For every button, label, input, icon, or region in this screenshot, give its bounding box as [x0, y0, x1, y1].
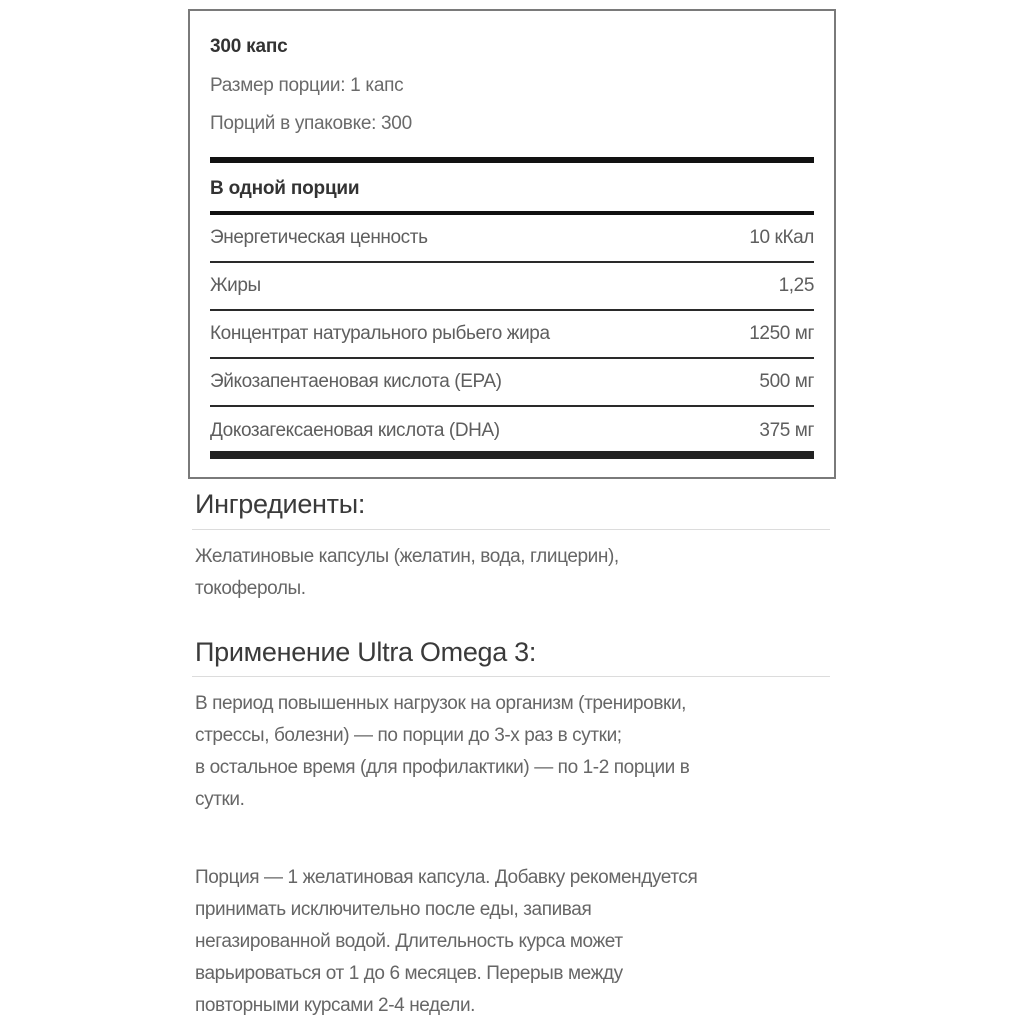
- usage-heading: Применение Ultra Omega 3:: [195, 637, 536, 668]
- section-divider: [192, 529, 830, 530]
- nutrient-name: Докозагексаеновая кислота (DHA): [210, 420, 500, 442]
- supplement-facts-panel: 300 капс Размер порции: 1 капс Порций в …: [188, 9, 836, 479]
- nutrient-value: 1,25: [779, 275, 814, 297]
- servings-per-pack: Порций в упаковке: 300: [210, 113, 412, 135]
- nutrient-name: Концентрат натурального рыбьего жира: [210, 323, 550, 345]
- text-line: сутки.: [195, 784, 815, 816]
- text-line: В период повышенных нагрузок на организм…: [195, 688, 815, 720]
- per-serving-heading: В одной порции: [210, 178, 359, 200]
- nutrient-row: Эйкозапентаеновая кислота (EPA) 500 мг: [210, 359, 814, 407]
- nutrient-value: 375 мг: [759, 420, 814, 442]
- nutrient-value: 10 кКал: [749, 227, 814, 249]
- nutrient-name: Жиры: [210, 275, 261, 297]
- text-line: Порция — 1 желатиновая капсула. Добавку …: [195, 862, 815, 894]
- ingredients-text: Желатиновые капсулы (желатин, вода, глиц…: [195, 541, 815, 605]
- text-line: принимать исключительно после еды, запив…: [195, 894, 815, 926]
- ingredients-heading: Ингредиенты:: [195, 489, 365, 520]
- divider: [210, 157, 814, 163]
- package-size-title: 300 капс: [210, 36, 288, 58]
- section-divider: [192, 676, 830, 677]
- usage-paragraph-1: В период повышенных нагрузок на организм…: [195, 688, 815, 816]
- text-line: стрессы, болезни) — по порции до 3-х раз…: [195, 720, 815, 752]
- nutrient-row: Концентрат натурального рыбьего жира 125…: [210, 311, 814, 359]
- nutrient-row: Жиры 1,25: [210, 263, 814, 311]
- nutrient-value: 1250 мг: [749, 323, 814, 345]
- text-line: повторными курсами 2-4 недели.: [195, 990, 815, 1022]
- text-line: негазированной водой. Длительность курса…: [195, 926, 815, 958]
- divider: [210, 451, 814, 459]
- serving-size: Размер порции: 1 капс: [210, 75, 403, 97]
- nutrient-value: 500 мг: [759, 371, 814, 393]
- usage-paragraph-2: Порция — 1 желатиновая капсула. Добавку …: [195, 862, 815, 1022]
- nutrient-name: Энергетическая ценность: [210, 227, 428, 249]
- nutrient-list: Энергетическая ценность 10 кКал Жиры 1,2…: [210, 215, 814, 455]
- text-line: варьироваться от 1 до 6 месяцев. Перерыв…: [195, 958, 815, 990]
- nutrient-name: Эйкозапентаеновая кислота (EPA): [210, 371, 502, 393]
- text-line: Желатиновые капсулы (желатин, вода, глиц…: [195, 541, 815, 573]
- text-line: токоферолы.: [195, 573, 815, 605]
- nutrient-row: Энергетическая ценность 10 кКал: [210, 215, 814, 263]
- text-line: в остальное время (для профилактики) — п…: [195, 752, 815, 784]
- nutrient-row: Докозагексаеновая кислота (DHA) 375 мг: [210, 407, 814, 455]
